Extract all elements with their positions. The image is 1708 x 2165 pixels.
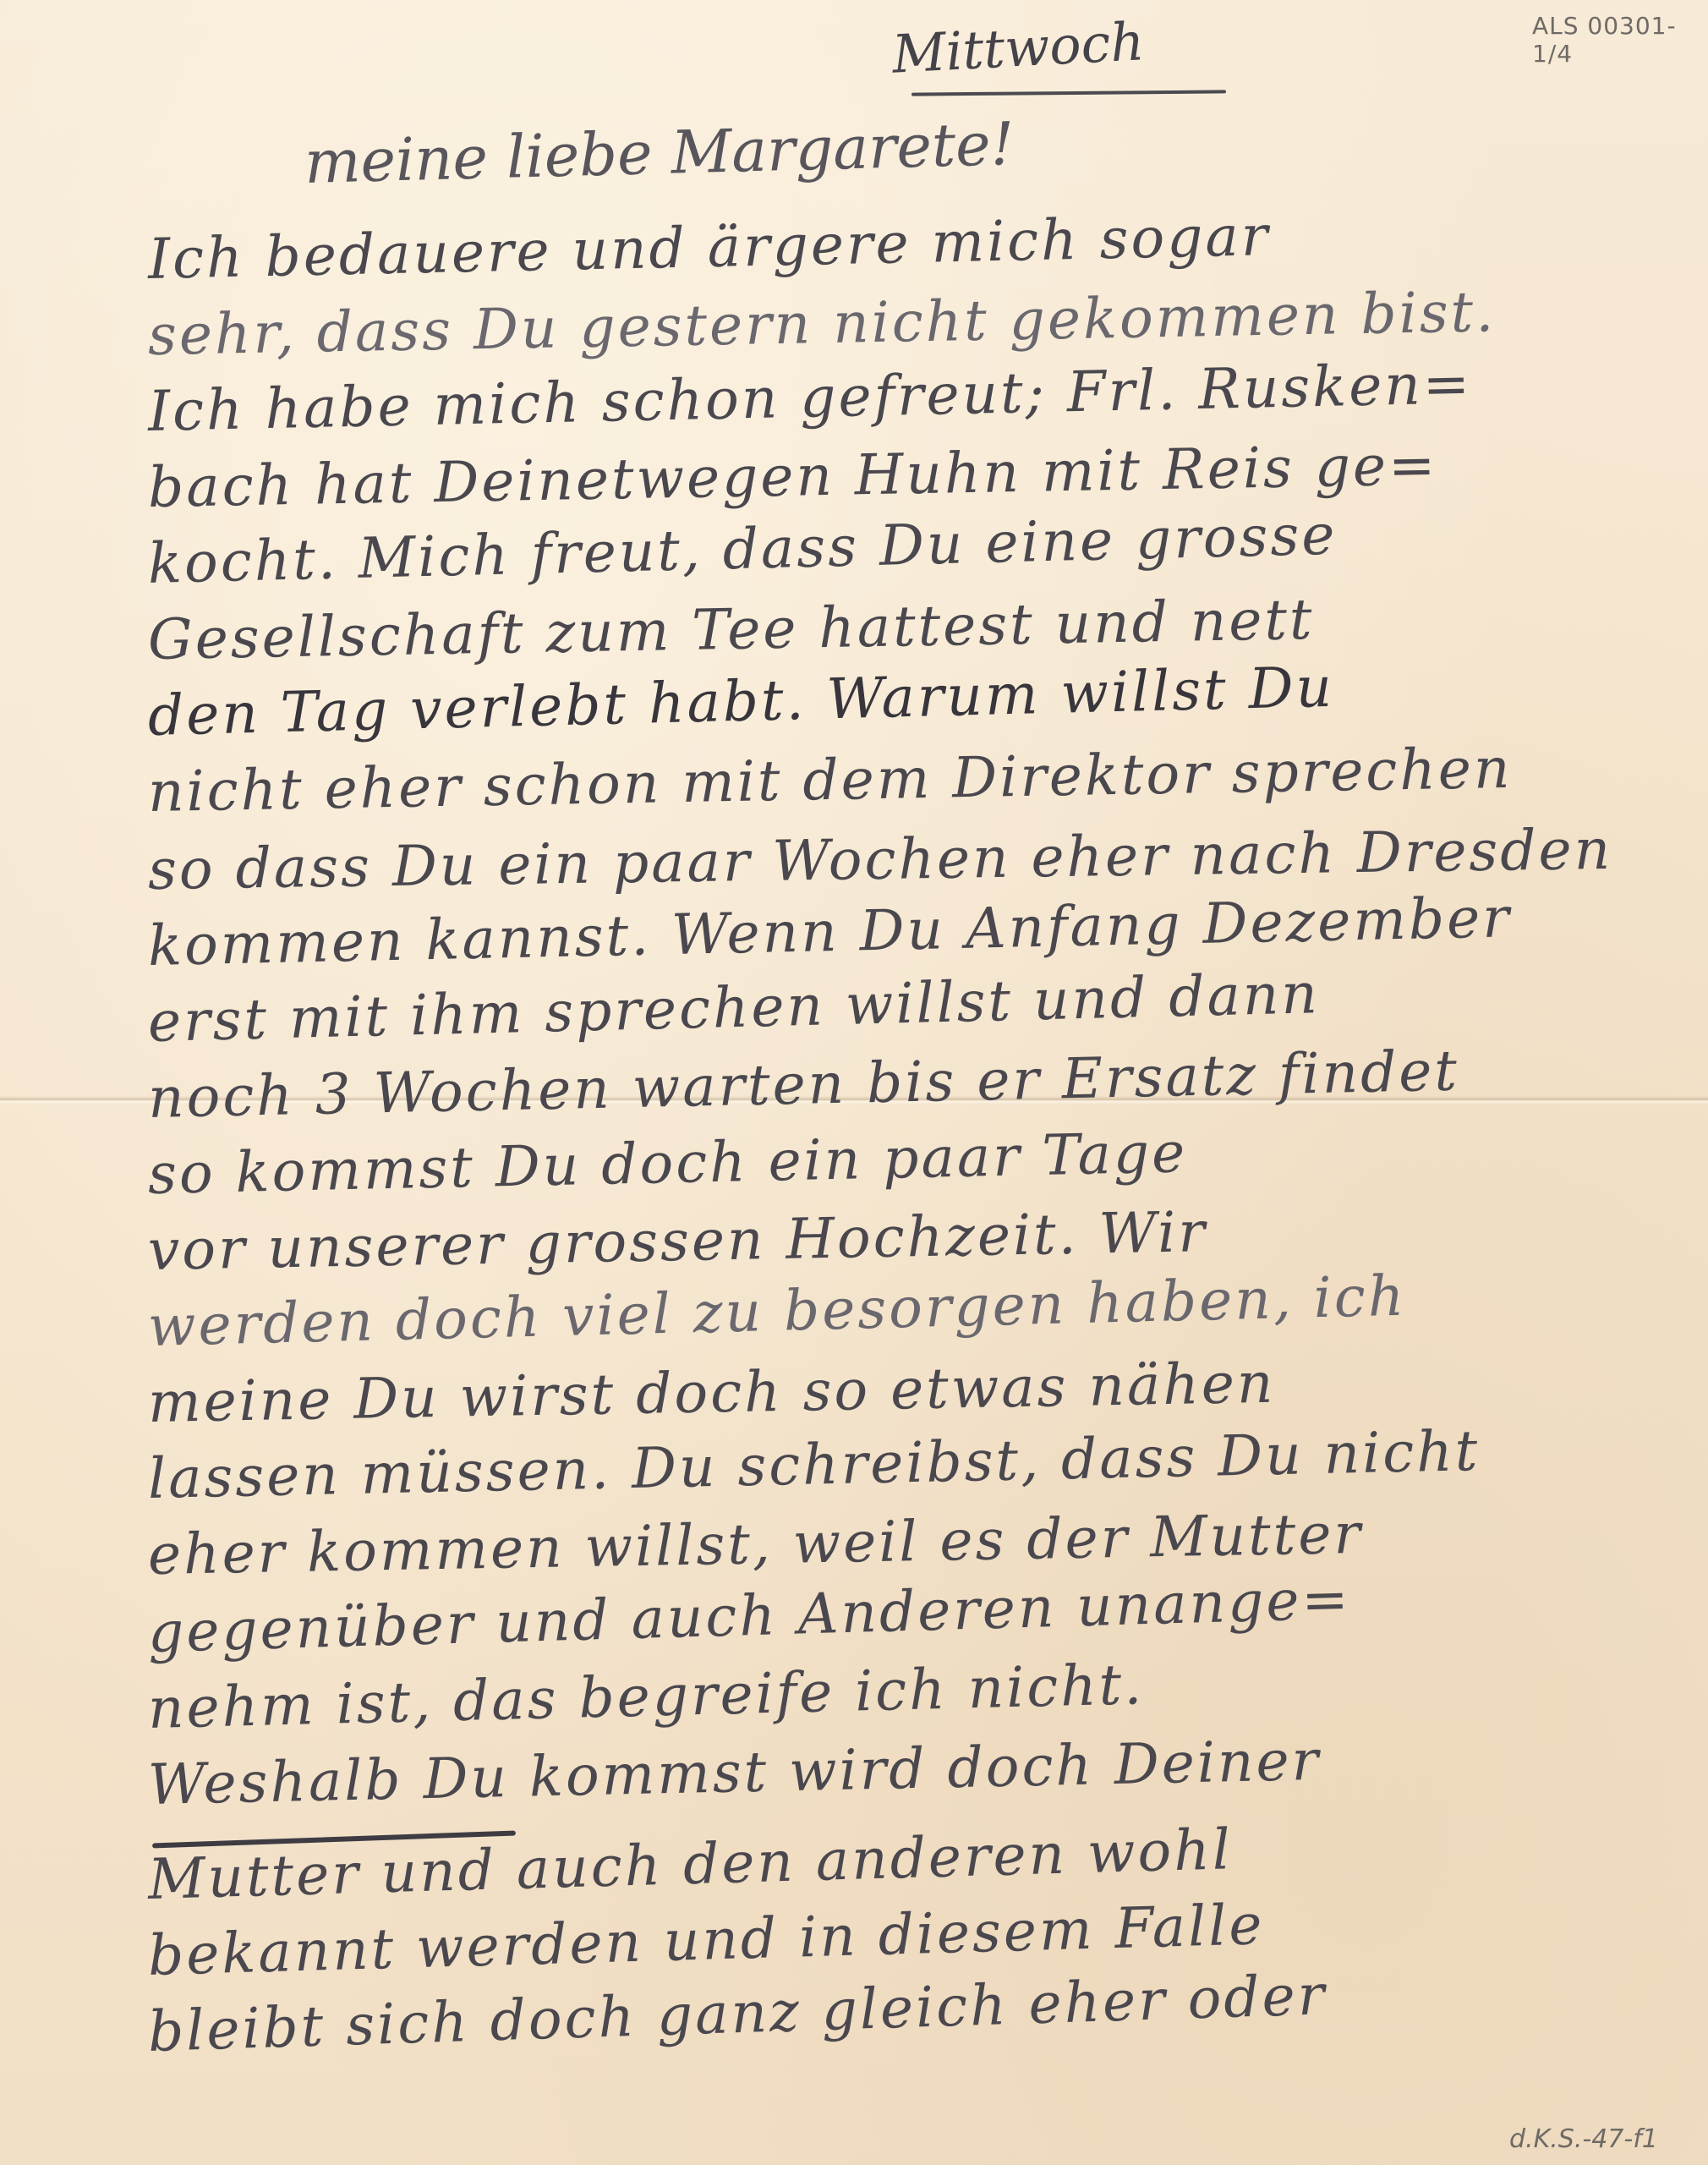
catalog-id-annotation: d.K.S.-47-f1 bbox=[1509, 2124, 1658, 2154]
letter-line-8: nicht eher schon mit dem Direktor sprech… bbox=[147, 732, 1687, 825]
salutation: meine liebe Margarete! bbox=[304, 109, 1015, 197]
letter-page: ALS 00301-1/4 Mittwoch meine liebe Marga… bbox=[0, 0, 1708, 2165]
letter-line-1: Ich bedauere und ärgere mich sogar bbox=[147, 195, 1687, 292]
date-underline bbox=[911, 90, 1226, 96]
date-heading: Mittwoch bbox=[890, 10, 1146, 85]
archive-id-annotation: ALS 00301-1/4 bbox=[1532, 12, 1708, 68]
